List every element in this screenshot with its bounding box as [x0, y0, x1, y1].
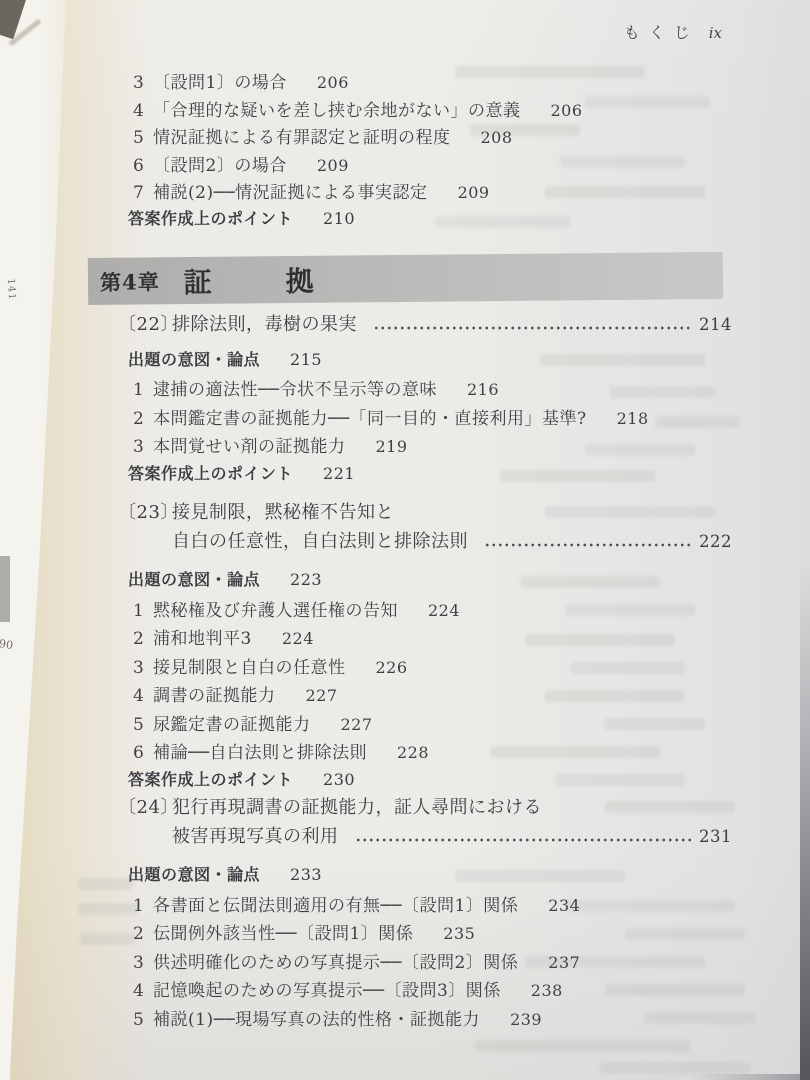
answer-point-page: 210	[323, 209, 355, 228]
item-number: 2	[133, 629, 153, 649]
bleed-through-artifact	[475, 1040, 690, 1052]
answer-point-page: 230	[323, 770, 355, 789]
item-page-number: 234	[548, 896, 580, 915]
item-page-number: 237	[548, 953, 580, 972]
answer-point-label: 答案作成上のポイント	[128, 206, 293, 229]
chapter-title-char1: 証	[183, 260, 211, 300]
toc-item: 1 逮捕の適法性──令状不呈示等の意味 216	[118, 375, 732, 404]
item-number: 2	[133, 924, 153, 944]
answer-point-row: 答案作成上のポイント 221	[118, 461, 732, 490]
item-title: 補説(1)──現場写真の法的性格・証拠能力	[153, 1005, 480, 1030]
chapter-number: 第4章	[100, 266, 160, 297]
item-title: 「合理的な疑いを差し挟む余地がない」の意義	[153, 96, 521, 121]
item-title: 伝聞例外該当性──〔設問1〕関係	[153, 919, 413, 944]
toc-item: 3 〔設問1〕の場合 206	[118, 68, 732, 96]
intro-row: 出題の意図・論点 233	[118, 862, 732, 891]
section-page-number: 231	[699, 827, 732, 846]
page-header: もくじ ix	[624, 20, 722, 43]
item-page-number: 209	[317, 156, 349, 175]
toc-item: 6 〔設問2〕の場合 209	[118, 151, 732, 179]
item-page-number: 239	[510, 1010, 542, 1029]
answer-point-page: 221	[323, 464, 355, 483]
item-number: 1	[133, 896, 153, 916]
item-title: 接見制限と自白の任意性	[153, 653, 346, 678]
intro-label: 出題の意図・論点	[128, 567, 260, 590]
section-22: 〔22〕 排除法則，毒樹の果実 214 出題の意図・論点 215 1 逮捕の適法…	[118, 310, 732, 489]
item-title: 〔設問1〕の場合	[153, 68, 287, 93]
item-title: 尿鑑定書の証拠能力	[153, 710, 311, 735]
item-page-number: 209	[458, 183, 490, 202]
intro-page: 223	[290, 570, 322, 589]
section-label: 〔23〕	[118, 498, 172, 524]
item-title: 逮捕の適法性──令状不呈示等の意味	[153, 375, 437, 400]
toc-title: もくじ	[624, 20, 699, 43]
item-number: 4	[133, 686, 153, 706]
item-page-number: 218	[617, 409, 649, 428]
item-page-number: 227	[306, 686, 338, 705]
intro-row: 出題の意図・論点 223	[118, 567, 732, 596]
item-title: 浦和地判平3	[153, 624, 252, 649]
section-heading: 〔24〕 犯行再現調書の証拠能力，証人尋問における	[118, 793, 732, 822]
intro-label: 出題の意図・論点	[128, 347, 260, 370]
toc-item: 5 尿鑑定書の証拠能力 227	[118, 710, 732, 739]
section-page-number: 214	[699, 315, 732, 334]
section-label: 〔24〕	[118, 793, 172, 819]
item-number: 3	[133, 73, 153, 93]
item-page-number: 224	[282, 629, 314, 648]
toc-item: 5 情況証拠による有罪認定と証明の程度 208	[118, 123, 732, 151]
item-number: 6	[133, 156, 153, 176]
section-title-line2: 自白の任意性，自白法則と排除法則	[172, 527, 468, 553]
item-page-number: 216	[467, 380, 499, 399]
item-number: 5	[133, 1010, 153, 1030]
item-title: 本問鑑定書の証拠能力──「同一目的・直接利用」基準?	[153, 404, 587, 429]
item-number: 5	[133, 715, 153, 735]
item-title: 補説(2)──情況証拠による事実認定	[153, 178, 428, 203]
item-page-number: 227	[341, 715, 373, 734]
item-page-number: 224	[428, 601, 460, 620]
item-title: 本問覚せい剤の証拠能力	[153, 432, 346, 457]
roman-page-number: ix	[709, 24, 722, 42]
item-page-number: 238	[531, 981, 563, 1000]
item-page-number: 206	[317, 73, 349, 92]
item-number: 3	[133, 437, 153, 457]
left-page-heading-bar-edge	[0, 556, 10, 622]
item-number: 3	[133, 658, 153, 678]
answer-point-label: 答案作成上のポイント	[128, 461, 293, 484]
item-number: 3	[133, 953, 153, 973]
toc-item: 5 補説(1)──現場写真の法的性格・証拠能力 239	[118, 1005, 732, 1034]
item-title: 情況証拠による有罪認定と証明の程度	[153, 123, 451, 148]
chapter-heading-bar: 第4章 証 拠	[88, 252, 723, 305]
item-number: 4	[133, 981, 153, 1001]
item-title: 記憶喚起のための写真提示──〔設問3〕関係	[153, 976, 501, 1001]
item-number: 2	[133, 409, 153, 429]
section-24: 〔24〕 犯行再現調書の証拠能力，証人尋問における 被害再現写真の利用 231 …	[118, 793, 732, 1033]
toc-item: 1 黙秘権及び弁護人選任権の告知 224	[118, 596, 732, 625]
section-page-number: 222	[699, 532, 732, 551]
dot-leader	[355, 836, 692, 842]
answer-point-row: 答案作成上のポイント 230	[118, 767, 732, 796]
item-page-number: 206	[551, 101, 583, 120]
item-number: 4	[133, 101, 153, 121]
toc-item: 3 接見制限と自白の任意性 226	[118, 653, 732, 682]
toc-item: 4 「合理的な疑いを差し挟む余地がない」の意義 206	[118, 96, 732, 124]
item-number: 5	[133, 128, 153, 148]
item-title: 〔設問2〕の場合	[153, 151, 287, 176]
section-title: 排除法則，毒樹の果実	[172, 310, 357, 336]
item-page-number: 219	[376, 437, 408, 456]
photo-right-edge	[800, 560, 810, 1080]
chapter-title-char2: 拠	[285, 259, 313, 299]
dot-leader	[484, 541, 691, 547]
photo-bottom-edge	[690, 1074, 810, 1080]
dot-leader	[373, 324, 691, 330]
continued-entry-list: 3 〔設問1〕の場合 206 4 「合理的な疑いを差し挟む余地がない」の意義 2…	[118, 68, 732, 233]
section-heading-continued: 被害再現写真の利用 231	[118, 822, 732, 851]
item-page-number: 226	[376, 658, 408, 677]
intro-page: 215	[290, 350, 322, 369]
answer-point-label: 答案作成上のポイント	[128, 767, 293, 790]
item-number: 7	[133, 183, 153, 203]
section-label: 〔22〕	[118, 310, 172, 336]
answer-point-row: 答案作成上のポイント 210	[118, 206, 732, 234]
item-page-number: 208	[481, 128, 513, 147]
item-number: 1	[133, 380, 153, 400]
section-heading-continued: 自白の任意性，自白法則と排除法則 222	[118, 527, 732, 556]
toc-item: 1 各書面と伝聞法則適用の有無──〔設問1〕関係 234	[118, 891, 732, 920]
toc-item: 2 伝聞例外該当性──〔設問1〕関係 235	[118, 919, 732, 948]
item-page-number: 228	[397, 743, 429, 762]
left-page-number-upper: 141	[5, 278, 18, 301]
bleed-through-artifact	[600, 1062, 750, 1074]
left-page-edge	[0, 0, 70, 1080]
item-page-number: 235	[443, 924, 475, 943]
item-title: 黙秘権及び弁護人選任権の告知	[153, 596, 398, 621]
item-title: 各書面と伝聞法則適用の有無──〔設問1〕関係	[153, 891, 518, 916]
item-title: 調書の証拠能力	[153, 681, 276, 706]
toc-item: 6 補論──自白法則と排除法則 228	[118, 738, 732, 767]
item-number: 6	[133, 743, 153, 763]
toc-item: 3 供述明確化のための写真提示──〔設問2〕関係 237	[118, 948, 732, 977]
toc-item: 4 調書の証拠能力 227	[118, 681, 732, 710]
section-title-line1: 接見制限，黙秘権不告知と	[172, 498, 394, 524]
section-heading: 〔22〕 排除法則，毒樹の果実 214	[118, 310, 732, 339]
item-title: 補論──自白法則と排除法則	[153, 738, 367, 763]
section-heading: 〔23〕 接見制限，黙秘権不告知と	[118, 498, 732, 527]
item-number: 1	[133, 601, 153, 621]
left-page-number-lower: 90	[0, 637, 14, 652]
toc-item: 4 記憶喚起のための写真提示──〔設問3〕関係 238	[118, 976, 732, 1005]
intro-page: 233	[290, 865, 322, 884]
section-title-line1: 犯行再現調書の証拠能力，証人尋問における	[172, 793, 542, 819]
intro-label: 出題の意図・論点	[128, 862, 260, 885]
toc-item: 7 補説(2)──情況証拠による事実認定 209	[118, 178, 732, 206]
toc-item: 3 本問覚せい剤の証拠能力 219	[118, 432, 732, 461]
section-23: 〔23〕 接見制限，黙秘権不告知と 自白の任意性，自白法則と排除法則 222 出…	[118, 498, 732, 795]
item-title: 供述明確化のための写真提示──〔設問2〕関係	[153, 948, 518, 973]
toc-item: 2 本問鑑定書の証拠能力──「同一目的・直接利用」基準? 218	[118, 404, 732, 433]
section-title-line2: 被害再現写真の利用	[172, 822, 339, 848]
intro-row: 出題の意図・論点 215	[118, 347, 732, 376]
toc-item: 2 浦和地判平3 224	[118, 624, 732, 653]
book-page-photo: 141 90 もくじ ix 3 〔設問1〕の場合 206 4 「合理的な疑いを差…	[0, 0, 810, 1080]
